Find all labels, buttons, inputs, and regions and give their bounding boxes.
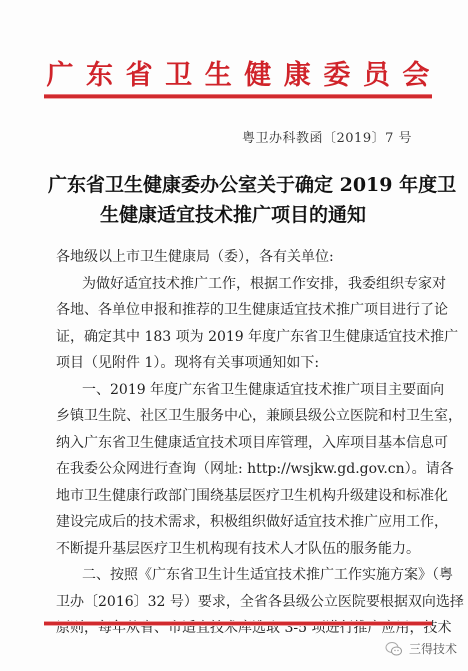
org-char: 东: [84, 53, 116, 92]
org-char: 会: [400, 53, 432, 92]
org-char: 健: [242, 53, 274, 92]
org-char: 广: [44, 53, 76, 92]
document-number: 粤卫办科教函〔2019〕7 号: [242, 127, 412, 146]
document-page: 广 东 省 卫 生 健 康 委 员 会 粤卫办科教函〔2019〕7 号 广东省卫…: [0, 0, 468, 671]
salutation: 各地级以上市卫生健康局（委），各有关单位:: [56, 244, 412, 271]
document-title: 广东省卫生健康委办公室关于确定 2019 年度卫 生健康适宜技术推广项目的通知: [48, 170, 418, 230]
body-line: 原则，每年从省、市适宜技术库选取 3-5 项进行推广应用，技术: [56, 615, 412, 642]
body-line: 为做好适宜技术推广工作，根据工作安排，我委组织专家对: [56, 271, 412, 298]
body-line: 不断提升基层医疗卫生机构现有技术人才队伍的服务能力。: [56, 536, 412, 563]
body-line: 证，确定其中 183 项为 2019 年度广东省卫生健康适宜技术推广: [56, 324, 412, 351]
org-char: 省: [123, 53, 155, 92]
wechat-icon: [385, 641, 403, 657]
body-line: 各地、各单位申报和推荐的卫生健康适宜技术推广项目进行了论: [56, 297, 412, 324]
org-char: 生: [202, 53, 234, 92]
body-line: 乡镇卫生院、社区卫生服务中心，兼顾县级公立医院和村卫生室，: [56, 403, 412, 430]
body-line: 地市卫生健康行政部门围绕基层医疗卫生机构升级建设和标准化: [56, 483, 412, 510]
org-char: 康: [281, 53, 313, 92]
body-line: 卫办〔2016〕32 号）要求，全省各县级公立医院要根据双向选择: [56, 589, 412, 616]
title-line: 生健康适宜技术推广项目的通知: [48, 200, 418, 230]
org-char: 卫: [163, 53, 195, 92]
footer-red-divider: [44, 622, 432, 625]
body-line: 建设完成后的技术需求，积极组织做好适宜技术推广应用工作，: [56, 509, 412, 536]
body-line: 项目（见附件 1）。现将有关事项通知如下:: [56, 350, 412, 377]
org-char: 员: [360, 53, 392, 92]
body-line: 二、按照《广东省卫生计生适宜技术推广工作实施方案》（粤: [56, 562, 412, 589]
watermark: 三得技术: [385, 640, 457, 657]
org-char: 委: [321, 53, 353, 92]
organization-header: 广 东 省 卫 生 健 康 委 员 会: [44, 54, 432, 90]
document-body: 各地级以上市卫生健康局（委），各有关单位: 为做好适宜技术推广工作，根据工作安排…: [56, 244, 412, 642]
body-line: 在我委公众网进行查询（网址: http://wsjkw.gd.gov.cn）。请…: [56, 456, 412, 483]
body-line: 纳入广东省卫生健康适宜技术项目库管理，入库项目基本信息可: [56, 430, 412, 457]
header-red-divider: [44, 95, 432, 98]
watermark-text: 三得技术: [409, 640, 457, 657]
title-line: 广东省卫生健康委办公室关于确定 2019 年度卫: [48, 170, 418, 200]
body-line: 一、2019 年度广东省卫生健康适宜技术推广项目主要面向: [56, 377, 412, 404]
